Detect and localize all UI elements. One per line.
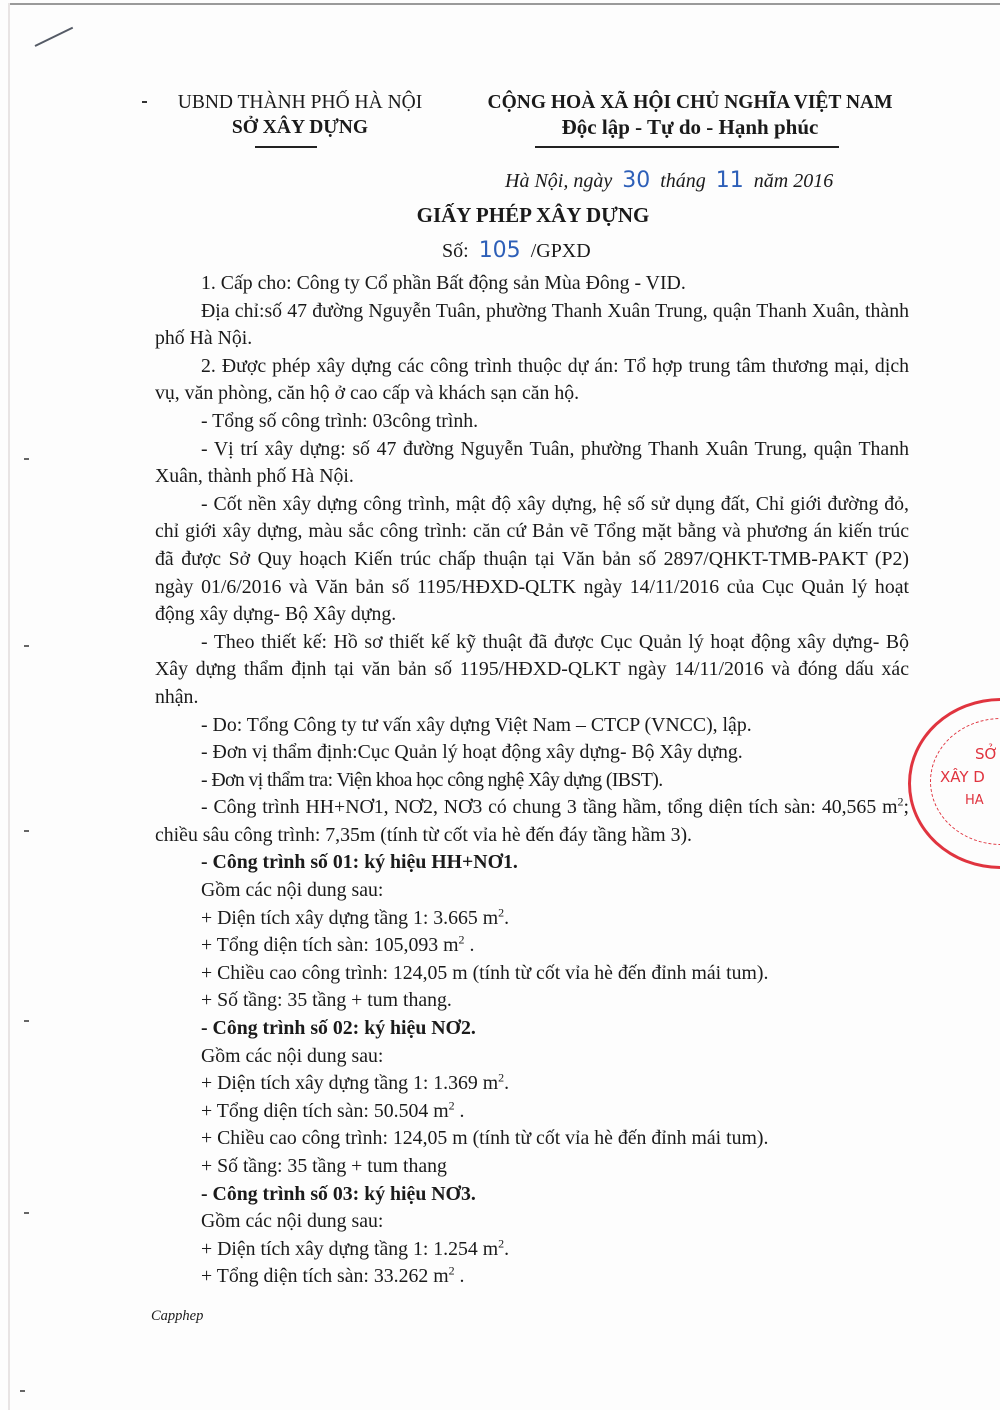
page-edge: [8, 3, 1000, 5]
work-intro: Gồm các nội dung sau:: [155, 1208, 909, 1236]
seal-text: SỞ: [975, 745, 998, 763]
scan-mark: [24, 1212, 29, 1214]
date-prefix: Hà Nội, ngày: [505, 170, 612, 192]
date-month-label: tháng: [660, 170, 706, 192]
scan-mark: [142, 101, 147, 103]
work-storeys: + Số tầng: 35 tầng + tum thang.: [155, 987, 909, 1015]
value: + Tổng diện tích sàn: 33.262 m: [201, 1265, 449, 1287]
paragraph: - Công trình HH+NƠ1, NƠ2, NƠ3 có chung 3…: [155, 794, 909, 849]
pen-mark: [35, 27, 74, 47]
work-area: + Diện tích xây dựng tầng 1: 1.369 m2.: [155, 1070, 909, 1098]
scan-mark: [24, 645, 29, 647]
date-year: năm 2016: [754, 170, 833, 192]
number-label: Số:: [442, 240, 469, 262]
value: + Diện tích xây dựng tầng 1: 1.369 m: [201, 1072, 498, 1094]
punct: .: [455, 1100, 465, 1122]
divider: [535, 146, 839, 148]
value: + Tổng diện tích sàn: 50.504 m: [201, 1100, 449, 1122]
work-heading: - Công trình số 03: ký hiệu NƠ3.: [155, 1181, 909, 1209]
punct: .: [465, 934, 475, 956]
work-height: + Chiều cao công trình: 124,05 m (tính t…: [155, 960, 909, 988]
punct: .: [504, 1072, 509, 1094]
scan-mark: [20, 1390, 25, 1392]
paragraph: - Đơn vị thẩm tra: Viện khoa học công ng…: [155, 767, 909, 795]
punct: .: [455, 1265, 465, 1287]
value: + Diện tích xây dựng tầng 1: 3.665 m: [201, 907, 498, 929]
work-intro: Gồm các nội dung sau:: [155, 877, 909, 905]
work-heading: - Công trình số 01: ký hiệu HH+NƠ1.: [155, 849, 909, 877]
date-line: Hà Nội, ngày30tháng11năm 2016: [505, 168, 833, 193]
scan-mark: [24, 458, 29, 460]
punct: .: [504, 907, 509, 929]
date-month: 11: [706, 168, 754, 193]
seal-text: HA: [965, 793, 984, 808]
punct: .: [504, 1238, 509, 1260]
paragraph: Địa chỉ:số 47 đường Nguyễn Tuân, phường …: [155, 298, 909, 353]
motto: Độc lập - Tự do - Hạnh phúc: [470, 115, 910, 140]
paragraph: 1. Cấp cho: Công ty Cổ phần Bất động sản…: [155, 270, 909, 298]
paragraph: - Do: Tổng Công ty tư vấn xây dựng Việt …: [155, 712, 909, 740]
work-intro: Gồm các nội dung sau:: [155, 1043, 909, 1071]
work-heading: - Công trình số 02: ký hiệu NƠ2.: [155, 1015, 909, 1043]
scan-mark: [24, 830, 29, 832]
number-value: 105: [469, 238, 531, 263]
work-floor-area: + Tổng diện tích sàn: 105,093 m2 .: [155, 932, 909, 960]
authority-line-2: SỞ XÂY DỰNG: [172, 115, 428, 140]
date-day: 30: [612, 168, 660, 193]
issuing-authority: UBND THÀNH PHỐ HÀ NỘI SỞ XÂY DỰNG: [172, 90, 428, 140]
country-name: CỘNG HOÀ XÃ HỘI CHỦ NGHĨA VIỆT NAM: [470, 90, 910, 115]
basement-text: - Công trình HH+NƠ1, NƠ2, NƠ3 có chung 3…: [201, 796, 898, 818]
number-suffix: /GPXD: [531, 240, 591, 262]
scan-mark: [24, 1020, 29, 1022]
work-storeys: + Số tầng: 35 tầng + tum thang: [155, 1153, 909, 1181]
value: + Tổng diện tích sàn: 105,093 m: [201, 934, 459, 956]
work-area: + Diện tích xây dựng tầng 1: 1.254 m2.: [155, 1236, 909, 1264]
paragraph: - Vị trí xây dựng: số 47 đường Nguyễn Tu…: [155, 436, 909, 491]
divider: [255, 146, 317, 148]
document-number: Số:105/GPXD: [442, 238, 591, 263]
value: + Diện tích xây dựng tầng 1: 1.254 m: [201, 1238, 498, 1260]
national-motto: CỘNG HOÀ XÃ HỘI CHỦ NGHĨA VIỆT NAM Độc l…: [470, 90, 910, 140]
seal-text: XÂY D: [940, 768, 985, 786]
document-body: 1. Cấp cho: Công ty Cổ phần Bất động sản…: [155, 270, 909, 1291]
document-title: GIẤY PHÉP XÂY DỰNG: [0, 203, 1000, 228]
work-height: + Chiều cao công trình: 124,05 m (tính t…: [155, 1125, 909, 1153]
paragraph: - Tổng số công trình: 03công trình.: [155, 408, 909, 436]
paragraph: - Đơn vị thẩm định:Cục Quản lý hoạt động…: [155, 739, 909, 767]
authority-line-1: UBND THÀNH PHỐ HÀ NỘI: [172, 90, 428, 115]
file-name-footer: Capphep: [151, 1308, 203, 1325]
work-floor-area: + Tổng diện tích sàn: 50.504 m2 .: [155, 1098, 909, 1126]
paragraph: 2. Được phép xây dựng các công trình thu…: [155, 353, 909, 408]
work-area: + Diện tích xây dựng tầng 1: 3.665 m2.: [155, 905, 909, 933]
paragraph: - Theo thiết kế: Hồ sơ thiết kế kỹ thuật…: [155, 629, 909, 712]
paragraph: - Cốt nền xây dựng công trình, mật độ xâ…: [155, 491, 909, 629]
work-floor-area: + Tổng diện tích sàn: 33.262 m2 .: [155, 1263, 909, 1291]
